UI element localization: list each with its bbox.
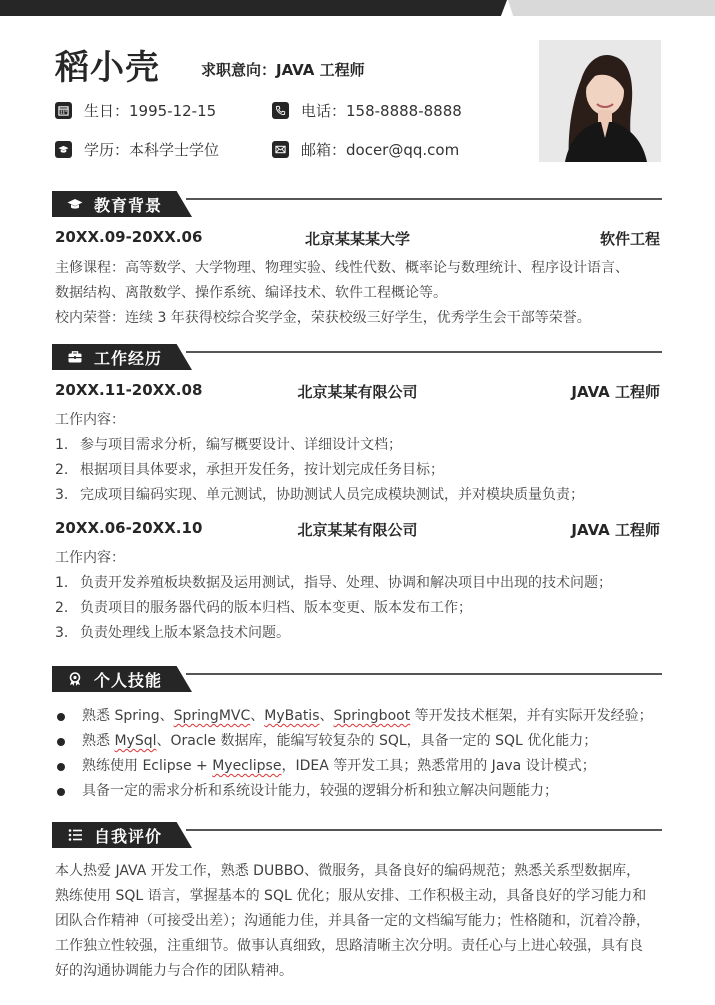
job-position: JAVA 工程师	[571, 381, 660, 402]
job-task-item: 3.负责处理线上版本紧急技术问题。	[55, 621, 665, 646]
section-divider	[186, 829, 662, 831]
top-decor-bar-dark	[0, 0, 507, 16]
section-tab: 工作经历	[52, 344, 192, 370]
job-details: 工作内容： 1.参与项目需求分析，编写概要设计、详细设计文档； 2.根据项目具体…	[55, 408, 665, 508]
section-divider	[186, 198, 662, 200]
candidate-name: 稻小壳	[55, 40, 160, 89]
job-task-item: 1.负责开发养殖板块数据及运用测试，指导、处理、协调和解决项目中出现的技术问题；	[55, 571, 665, 596]
bullet-icon	[57, 738, 65, 746]
job-position: JAVA 工程师	[571, 519, 660, 540]
section-title: 教育背景	[94, 193, 162, 216]
education-row: 20XX.09-20XX.06 北京某某某大学 软件工程	[55, 228, 660, 248]
calendar-icon	[55, 102, 72, 119]
job-content-label: 工作内容：	[55, 546, 665, 571]
birthday-info: 生日：1995-12-15	[55, 100, 216, 121]
skills-list: 熟悉 Spring、SpringMVC、MyBatis、Springboot 等…	[55, 704, 665, 804]
email-info: 邮箱：docer@qq.com	[272, 139, 459, 160]
section-tab: 自我评价	[52, 822, 192, 848]
job-task-item: 3.完成项目编码实现、单元测试，协助测试人员完成模块测试，并对模块质量负责；	[55, 483, 665, 508]
education-text: 学历：本科学士学位	[84, 139, 219, 160]
job-intent: 求职意向：JAVA 工程师	[201, 59, 365, 80]
section-header-education: 教育背景	[52, 191, 662, 217]
briefcase-icon	[66, 348, 84, 366]
skill-item: 熟练使用 Eclipse + Myeclipse，IDEA 等开发工具；熟悉常用…	[55, 754, 665, 779]
job-row: 20XX.06-20XX.10 北京某某有限公司 JAVA 工程师	[55, 519, 660, 539]
section-header-self-evaluation: 自我评价	[52, 822, 662, 848]
education-info: 学历：本科学士学位	[55, 139, 219, 160]
education-details: 主修课程：高等数学、大学物理、物理实验、线性代数、概率论与数理统计、程序设计语言…	[55, 256, 665, 331]
section-header-work: 工作经历	[52, 344, 662, 370]
section-tab: 教育背景	[52, 191, 192, 217]
section-tab: 个人技能	[52, 666, 192, 692]
phone-info: 电话：158-8888-8888	[272, 100, 462, 121]
job-task-item: 2.负责项目的服务器代码的版本归档、版本变更、版本发布工作；	[55, 596, 665, 621]
bullet-icon	[57, 788, 65, 796]
courses-line: 数据结构、离散数学、操作系统、编译技术、软件工程概论等。	[55, 281, 665, 306]
job-row: 20XX.11-20XX.08 北京某某有限公司 JAVA 工程师	[55, 381, 660, 401]
phone-icon	[272, 102, 289, 119]
education-school: 北京某某某大学	[55, 228, 660, 249]
birthday-text: 生日：1995-12-15	[84, 100, 216, 121]
bullet-icon	[57, 763, 65, 771]
job-task-item: 2.根据项目具体要求，承担开发任务，按计划完成任务目标；	[55, 458, 665, 483]
section-title: 自我评价	[94, 824, 162, 847]
job-content-label: 工作内容：	[55, 408, 665, 433]
bullet-icon	[57, 713, 65, 721]
award-icon	[66, 670, 84, 688]
profile-photo	[539, 40, 661, 162]
self-evaluation-text: 本人热爱 JAVA 开发工作，熟悉 DUBBO、微服务，具备良好的编码规范；熟悉…	[55, 859, 665, 984]
top-decor-bar-light	[508, 0, 715, 16]
skill-item: 熟悉 Spring、SpringMVC、MyBatis、Springboot 等…	[55, 704, 665, 729]
email-text: 邮箱：docer@qq.com	[301, 139, 459, 160]
section-divider	[186, 673, 662, 675]
education-major: 软件工程	[600, 228, 660, 249]
graduation-cap-icon	[66, 195, 84, 213]
phone-text: 电话：158-8888-8888	[301, 100, 462, 121]
section-title: 工作经历	[94, 346, 162, 369]
job-company: 北京某某有限公司	[55, 381, 660, 402]
list-icon	[66, 826, 84, 844]
section-divider	[186, 351, 662, 353]
honors-line: 校内荣誉：连续 3 年获得校综合奖学金，荣获校级三好学生，优秀学生会干部等荣誉。	[55, 306, 665, 331]
graduation-cap-icon	[55, 141, 72, 158]
section-title: 个人技能	[94, 668, 162, 691]
skill-item: 具备一定的需求分析和系统设计能力，较强的逻辑分析和独立解决问题能力；	[55, 779, 665, 804]
courses-line: 主修课程：高等数学、大学物理、物理实验、线性代数、概率论与数理统计、程序设计语言…	[55, 256, 665, 281]
job-company: 北京某某有限公司	[55, 519, 660, 540]
job-details: 工作内容： 1.负责开发养殖板块数据及运用测试，指导、处理、协调和解决项目中出现…	[55, 546, 665, 646]
job-task-item: 1.参与项目需求分析，编写概要设计、详细设计文档；	[55, 433, 665, 458]
envelope-icon	[272, 141, 289, 158]
skill-item: 熟悉 MySql、Oracle 数据库，能编写较复杂的 SQL，具备一定的 SQ…	[55, 729, 665, 754]
section-header-skills: 个人技能	[52, 666, 662, 692]
